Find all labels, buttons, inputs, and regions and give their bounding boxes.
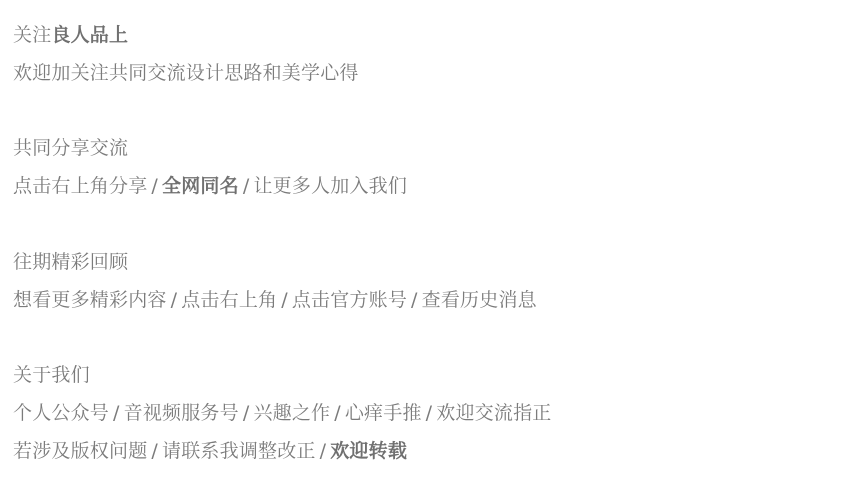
separator: / (243, 175, 250, 197)
about-description-1: 个人公众号/音视频服务号/兴趣之作/心痒手推/欢迎交流指正 (13, 400, 551, 426)
about-part-1: 个人公众号 (13, 402, 109, 424)
about-heading: 关于我们 (13, 362, 90, 388)
separator: / (320, 440, 327, 462)
separator: / (151, 175, 158, 197)
account-name: 良人品上 (51, 24, 128, 46)
history-part-1: 想看更多精彩内容 (13, 289, 167, 311)
separator: / (411, 289, 418, 311)
share-part-2-same-name: 全网同名 (162, 175, 239, 197)
about-part-3: 兴趣之作 (253, 402, 330, 424)
share-heading: 共同分享交流 (13, 135, 128, 161)
about-part-5: 欢迎交流指正 (436, 402, 551, 424)
separator: / (151, 440, 158, 462)
separator: / (334, 402, 341, 424)
history-part-2: 点击右上角 (181, 289, 277, 311)
separator: / (113, 402, 120, 424)
follow-heading-prefix: 关注 (13, 24, 51, 46)
share-part-1: 点击右上角分享 (13, 175, 147, 197)
about-description-2: 若涉及版权问题/请联系我调整改正/欢迎转载 (13, 438, 407, 464)
follow-description: 欢迎加关注共同交流设计思路和美学心得 (13, 60, 359, 86)
copyright-part-3-repost-welcome: 欢迎转载 (330, 440, 407, 462)
share-description: 点击右上角分享/全网同名/让更多人加入我们 (13, 173, 407, 199)
about-part-2: 音视频服务号 (124, 402, 239, 424)
share-part-3: 让更多人加入我们 (253, 175, 407, 197)
about-part-4: 心痒手推 (345, 402, 422, 424)
separator: / (243, 402, 250, 424)
copyright-part-1: 若涉及版权问题 (13, 440, 147, 462)
separator: / (426, 402, 433, 424)
separator: / (281, 289, 288, 311)
article-footer: 关注良人品上 欢迎加关注共同交流设计思路和美学心得 共同分享交流 点击右上角分享… (0, 0, 850, 489)
separator: / (171, 289, 178, 311)
copyright-part-2: 请联系我调整改正 (162, 440, 316, 462)
history-part-4: 查看历史消息 (422, 289, 537, 311)
history-description: 想看更多精彩内容/点击右上角/点击官方账号/查看历史消息 (13, 287, 537, 313)
history-heading: 往期精彩回顾 (13, 249, 128, 275)
follow-heading: 关注良人品上 (13, 22, 128, 48)
history-part-3: 点击官方账号 (292, 289, 407, 311)
